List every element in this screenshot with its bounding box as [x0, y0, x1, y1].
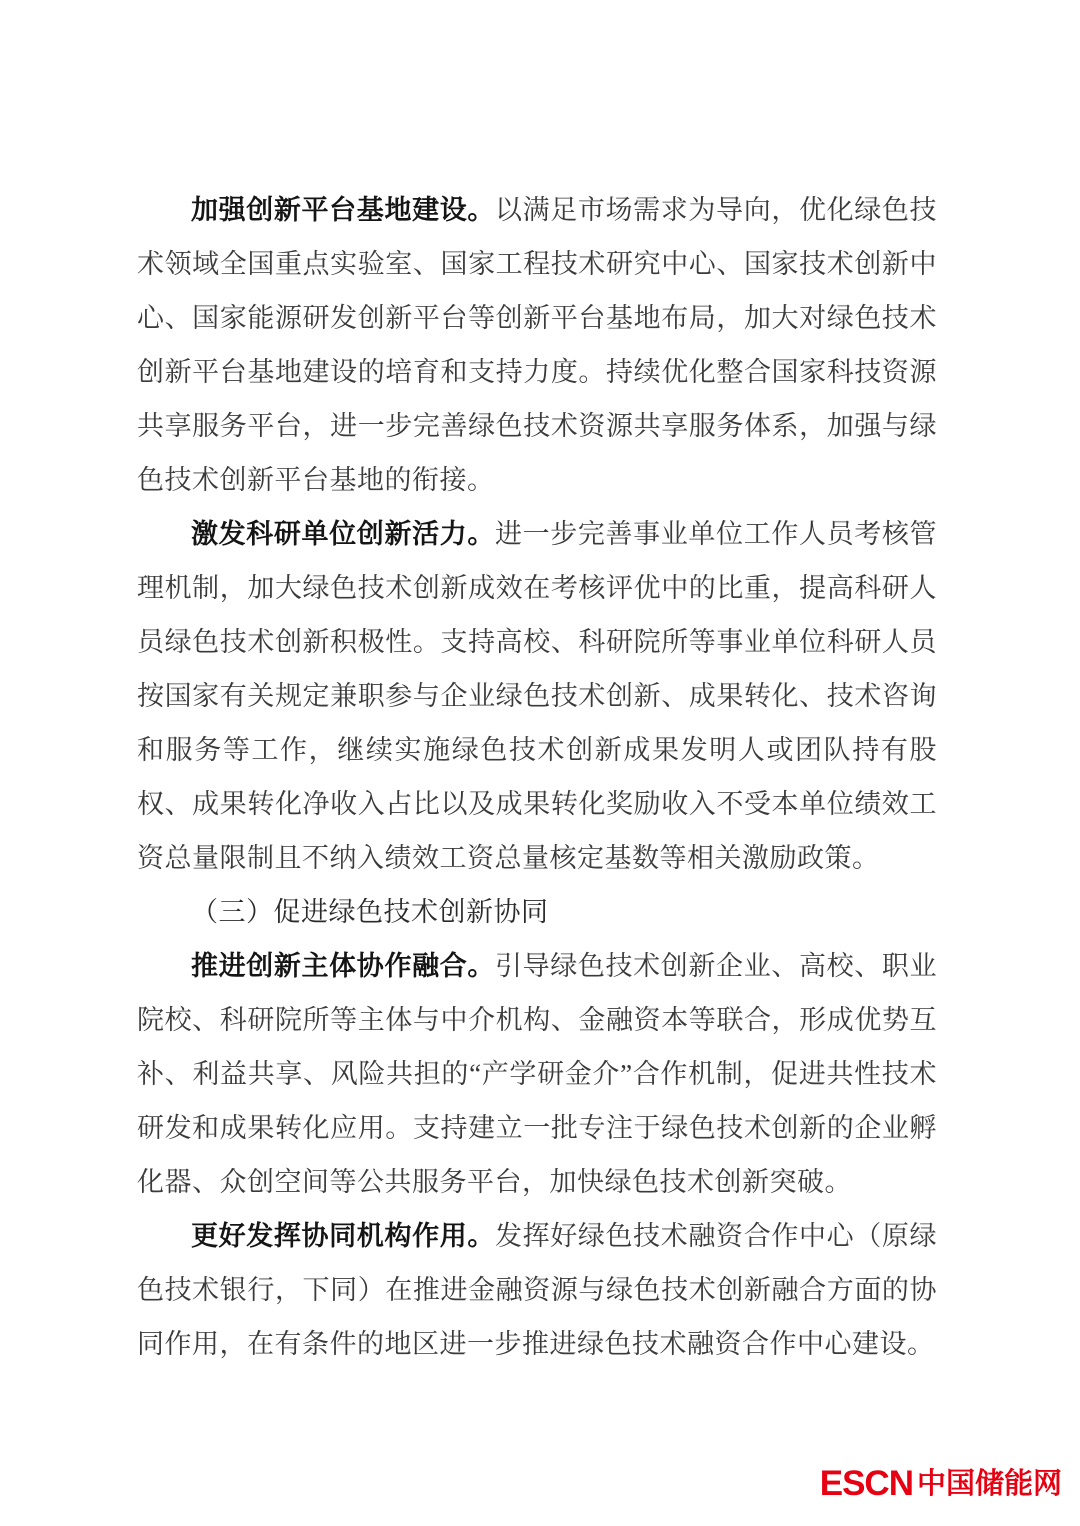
document-body: 加强创新平台基地建设。以满足市场需求为导向，优化绿色技术领域全国重点实验室、国家…	[137, 183, 937, 1371]
escn-logo-cjk: 中国储能网	[917, 1464, 1062, 1504]
escn-logo-latin: ESCN	[820, 1464, 913, 1504]
paragraph-lead: 加强创新平台基地建设。	[191, 195, 495, 225]
section-heading: （三）促进绿色技术创新协同	[137, 885, 937, 939]
paragraph: 更好发挥协同机构作用。发挥好绿色技术融资合作中心（原绿色技术银行，下同）在推进金…	[137, 1209, 937, 1371]
paragraph-lead: 激发科研单位创新活力。	[191, 519, 495, 549]
escn-logo: ESCN中国储能网	[820, 1464, 1062, 1504]
document-page: 加强创新平台基地建设。以满足市场需求为导向，优化绿色技术领域全国重点实验室、国家…	[0, 0, 1080, 1526]
paragraph-lead: 推进创新主体协作融合。	[191, 951, 495, 981]
paragraph: 激发科研单位创新活力。进一步完善事业单位工作人员考核管理机制，加大绿色技术创新成…	[137, 507, 937, 885]
paragraph-lead: 更好发挥协同机构作用。	[191, 1221, 495, 1251]
paragraph: 加强创新平台基地建设。以满足市场需求为导向，优化绿色技术领域全国重点实验室、国家…	[137, 183, 937, 507]
paragraph: 推进创新主体协作融合。引导绿色技术创新企业、高校、职业院校、科研院所等主体与中介…	[137, 939, 937, 1209]
paragraph-text: 以满足市场需求为导向，优化绿色技术领域全国重点实验室、国家工程技术研究中心、国家…	[137, 195, 937, 495]
paragraph-text: 引导绿色技术创新企业、高校、职业院校、科研院所等主体与中介机构、金融资本等联合，…	[137, 951, 937, 1197]
paragraph-text: 进一步完善事业单位工作人员考核管理机制，加大绿色技术创新成效在考核评优中的比重，…	[137, 519, 937, 873]
